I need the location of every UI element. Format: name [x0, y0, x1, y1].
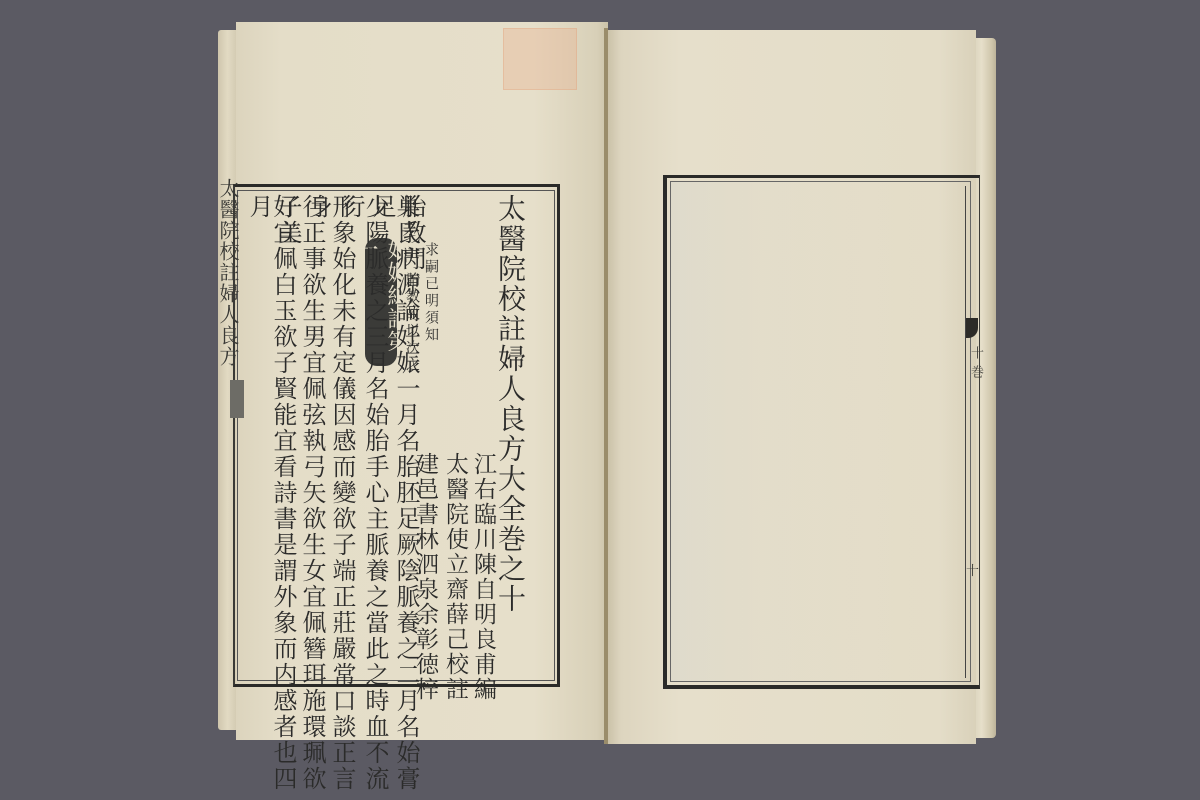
open-book: 太醫院校註婦人良方大全巻之十 江右臨川陳自明良甫編 太醫院使立齋薛己校註 建邑書… — [0, 0, 1200, 800]
collector-seal — [503, 28, 577, 90]
right-edge-text: 十巻 — [966, 346, 985, 384]
credit-compiler: 江右臨川陳自明良甫編 — [471, 452, 494, 702]
spine-margin-text: 太醫院校註婦人良方 — [218, 178, 238, 367]
body-column-5: 好宜佩白玉欲子賢能宜看詩書是謂外象而内感者也四月 — [247, 194, 295, 800]
section-note-1: 求嗣已明須知 — [424, 242, 438, 344]
volume-title: 太醫院校註婦人良方大全巻之十 — [496, 194, 524, 614]
right-print-frame — [663, 175, 980, 689]
book-gutter — [604, 28, 608, 744]
fold-marker — [230, 380, 244, 418]
right-edge-number: 十 — [966, 560, 979, 579]
credit-annotator: 太醫院使立齋薛己校註 — [443, 452, 466, 702]
right-edge-column — [965, 186, 978, 678]
